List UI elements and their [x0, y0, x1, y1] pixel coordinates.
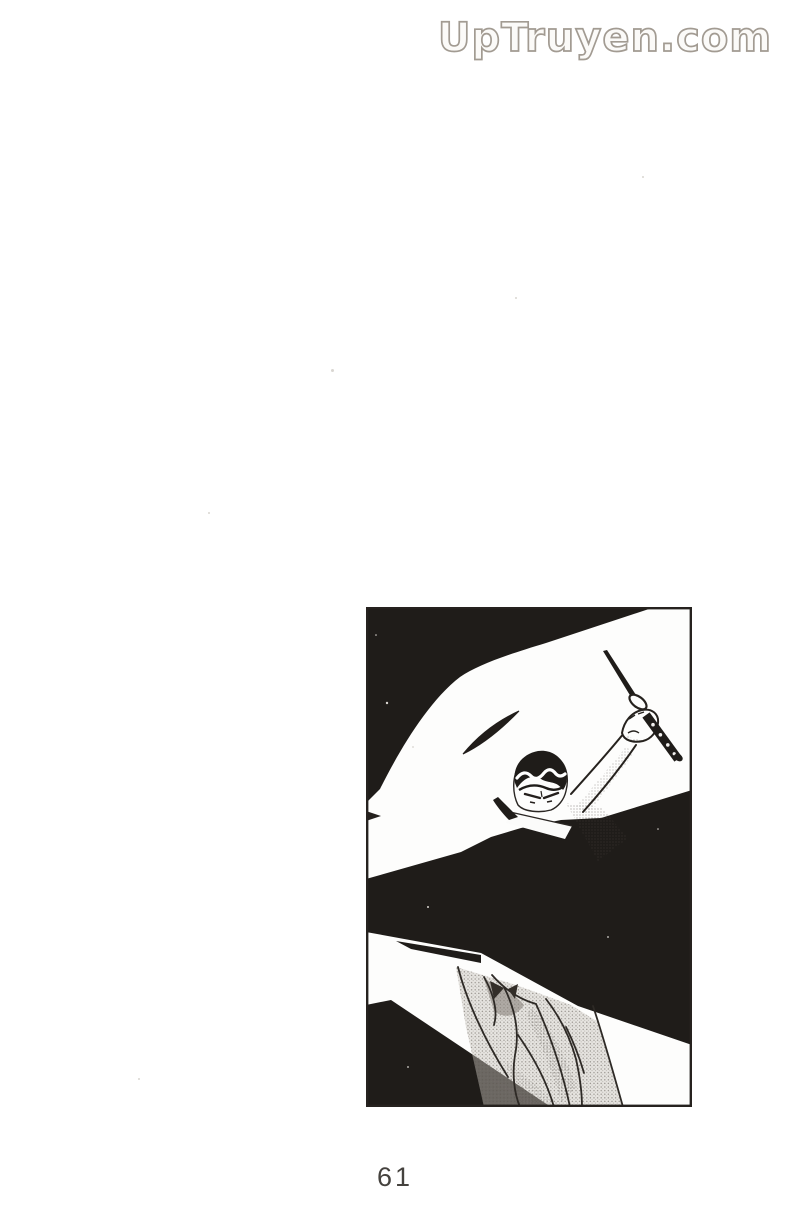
- paper-speck: [331, 369, 334, 372]
- manga-page: UpTruyen.com: [0, 0, 800, 1226]
- paper-speck: [515, 297, 517, 299]
- page-number: 61: [377, 1162, 413, 1193]
- manga-panel-illustration: [366, 607, 692, 1107]
- paper-speck: [138, 1078, 140, 1080]
- head: [514, 751, 568, 812]
- site-watermark: UpTruyen.com: [438, 15, 772, 61]
- paper-speck: [642, 176, 644, 178]
- paper-speck: [208, 512, 210, 514]
